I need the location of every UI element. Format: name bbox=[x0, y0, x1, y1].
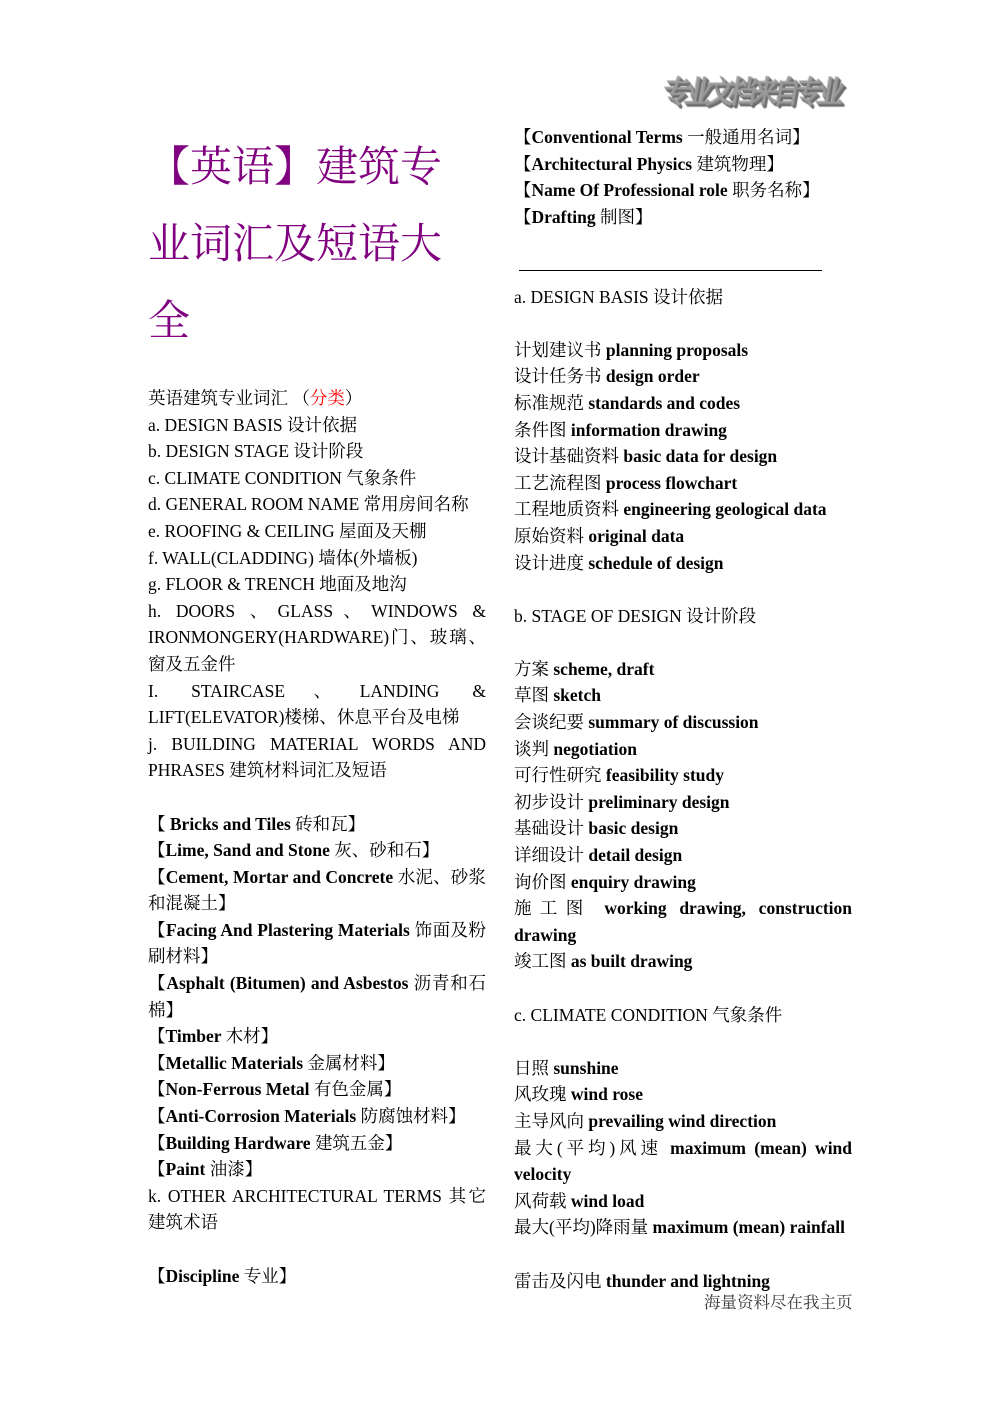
cjk-text: 初步设计 bbox=[514, 792, 584, 812]
wordart-watermark: 专业文档来自专业 bbox=[660, 68, 858, 112]
latin-text: Paint bbox=[166, 1159, 210, 1179]
cjk-text: 砖和瓦】 bbox=[295, 814, 365, 834]
latin-text: summary of discussion bbox=[584, 712, 759, 732]
latin-text: basic data for design bbox=[619, 446, 777, 466]
latin-text: as built drawing bbox=[567, 951, 693, 971]
text-line: 方案 scheme, draft bbox=[514, 656, 852, 683]
cjk-text: 【 bbox=[514, 180, 532, 200]
cjk-text: 制图】 bbox=[600, 207, 653, 227]
latin-text: sunshine bbox=[549, 1058, 619, 1078]
cjk-text: 【 bbox=[514, 127, 532, 147]
text-line bbox=[148, 1236, 486, 1263]
cjk-text: 设计进度 bbox=[514, 553, 584, 573]
cjk-text: 建筑五金】 bbox=[315, 1133, 403, 1153]
cjk-text: 条件图 bbox=[514, 420, 567, 440]
text-line: 计划建议书 planning proposals bbox=[514, 337, 852, 364]
cjk-text: 施工图 bbox=[514, 898, 592, 918]
cjk-text: 【 bbox=[148, 1106, 166, 1126]
cjk-text: 降雨量 bbox=[596, 1217, 649, 1237]
latin-text: negotiation bbox=[549, 739, 637, 759]
latin-text: design order bbox=[602, 366, 700, 386]
text-line: 询价图 enquiry drawing bbox=[514, 869, 852, 896]
cjk-text: 金属材料】 bbox=[307, 1053, 395, 1073]
latin-text: Asphalt (Bitumen) and Asbestos bbox=[166, 973, 413, 993]
text-line bbox=[514, 1028, 852, 1055]
cjk-text: 防腐蚀材料】 bbox=[361, 1106, 466, 1126]
latin-text: Drafting bbox=[532, 207, 601, 227]
cjk-text: 平均 bbox=[563, 1138, 610, 1158]
right-column: 【Conventional Terms 一般通用名词】【Architectura… bbox=[514, 124, 852, 1294]
latin-text: Name Of Professional role bbox=[532, 180, 733, 200]
cjk-text: 【 bbox=[514, 154, 532, 174]
cjk-text: 主导风向 bbox=[514, 1111, 584, 1131]
document-page: { "watermark": { "text": "专业文档来自专业" }, "… bbox=[0, 0, 993, 1404]
text-line: 设计进度 schedule of design bbox=[514, 550, 852, 577]
text-line: e. ROOFING & CEILING 屋面及天棚 bbox=[148, 518, 486, 545]
text-line bbox=[514, 257, 852, 284]
cjk-text: 灰、砂和石】 bbox=[334, 840, 439, 860]
cjk-text: 【 bbox=[148, 1159, 166, 1179]
cjk-text: 设计基础资料 bbox=[514, 446, 619, 466]
text-line: 原始资料 original data bbox=[514, 523, 852, 550]
text-line: 谈判 negotiation bbox=[514, 736, 852, 763]
latin-text: Conventional Terms bbox=[532, 127, 688, 147]
cjk-text: 【 bbox=[148, 1079, 166, 1099]
cjk-text: 竣工图 bbox=[514, 951, 567, 971]
latin-text: Architectural Physics bbox=[532, 154, 697, 174]
plain-text: ） bbox=[345, 388, 363, 408]
latin-text: basic design bbox=[584, 818, 678, 838]
text-line: 基础设计 basic design bbox=[514, 815, 852, 842]
plain-text: 英语建筑专业词汇 （ bbox=[148, 388, 310, 408]
latin-text: Anti-Corrosion Materials bbox=[166, 1106, 361, 1126]
text-line: 最大(平均)降雨量 maximum (mean) rainfall bbox=[514, 1214, 852, 1241]
left-column-text: 英语建筑专业词汇 （分类）a. DESIGN BASIS 设计依据b. DESI… bbox=[148, 385, 486, 1289]
latin-text: wind rose bbox=[567, 1084, 644, 1104]
cjk-text: 有色金属】 bbox=[314, 1079, 402, 1099]
text-line: 日照 sunshine bbox=[514, 1055, 852, 1082]
text-line: 【Asphalt (Bitumen) and Asbestos 沥青和石棉】 bbox=[148, 970, 486, 1023]
cjk-text: 【 bbox=[148, 814, 166, 834]
cjk-text: 可行性研究 bbox=[514, 765, 602, 785]
cjk-text: 基础设计 bbox=[514, 818, 584, 838]
highlighted-text: 分类 bbox=[310, 388, 345, 408]
latin-text: thunder and lightning bbox=[602, 1271, 770, 1291]
text-line: 【Drafting 制图】 bbox=[514, 204, 852, 231]
cjk-text: 工程地质资料 bbox=[514, 499, 619, 519]
latin-text: wind load bbox=[567, 1191, 645, 1211]
text-line: b. DESIGN STAGE 设计阶段 bbox=[148, 438, 486, 465]
latin-text: Cement, Mortar and Concrete bbox=[166, 867, 398, 887]
latin-text: Metallic Materials bbox=[166, 1053, 308, 1073]
cjk-text: 木材】 bbox=[226, 1026, 279, 1046]
latin-text: enquiry drawing bbox=[567, 872, 696, 892]
cjk-text: 风荷载 bbox=[514, 1191, 567, 1211]
text-line: c. CLIMATE CONDITION 气象条件 bbox=[514, 1002, 852, 1029]
latin-text: Non-Ferrous Metal bbox=[166, 1079, 314, 1099]
text-line: 【Building Hardware 建筑五金】 bbox=[148, 1130, 486, 1157]
latin-text: sketch bbox=[549, 685, 601, 705]
cjk-text: 一般通用名词】 bbox=[687, 127, 810, 147]
text-line: 【Paint 油漆】 bbox=[148, 1156, 486, 1183]
cjk-text: 职务名称】 bbox=[732, 180, 820, 200]
cjk-text: 计划建议书 bbox=[514, 340, 602, 360]
latin-text: maximum (mean) rainfall bbox=[648, 1217, 845, 1237]
cjk-text: 询价图 bbox=[514, 872, 567, 892]
cjk-text: 【 bbox=[148, 840, 166, 860]
latin-text: scheme, draft bbox=[549, 659, 654, 679]
cjk-text: 谈判 bbox=[514, 739, 549, 759]
text-line: 会谈纪要 summary of discussion bbox=[514, 709, 852, 736]
latin-text: prevailing wind direction bbox=[584, 1111, 776, 1131]
text-line: 【Facing And Plastering Materials 饰面及粉刷材料… bbox=[148, 917, 486, 970]
text-line: j. BUILDING MATERIAL WORDS AND PHRASES 建… bbox=[148, 731, 486, 784]
cjk-text: 平均 bbox=[555, 1217, 590, 1237]
cjk-text: 设计任务书 bbox=[514, 366, 602, 386]
text-line bbox=[514, 975, 852, 1002]
text-line: 初步设计 preliminary design bbox=[514, 789, 852, 816]
text-line: 【Architectural Physics 建筑物理】 bbox=[514, 151, 852, 178]
cjk-text: 【 bbox=[148, 1053, 166, 1073]
text-line bbox=[514, 576, 852, 603]
latin-text: detail design bbox=[584, 845, 682, 865]
text-line: 【Non-Ferrous Metal 有色金属】 bbox=[148, 1076, 486, 1103]
cjk-text: 建筑物理】 bbox=[696, 154, 784, 174]
cjk-text: 最大 bbox=[514, 1217, 549, 1237]
cjk-text: 风玫瑰 bbox=[514, 1084, 567, 1104]
text-line: 雷击及闪电 thunder and lightning bbox=[514, 1268, 852, 1295]
latin-text: preliminary design bbox=[584, 792, 730, 812]
text-line: 【 Bricks and Tiles 砖和瓦】 bbox=[148, 811, 486, 838]
cjk-text: 会谈纪要 bbox=[514, 712, 584, 732]
text-line: 竣工图 as built drawing bbox=[514, 948, 852, 975]
cjk-text: 【 bbox=[148, 867, 166, 887]
latin-text: original data bbox=[584, 526, 684, 546]
left-column: 【英语】建筑专业词汇及短语大全 英语建筑专业词汇 （分类）a. DESIGN B… bbox=[148, 130, 486, 1289]
text-line: 英语建筑专业词汇 （分类） bbox=[148, 385, 486, 412]
text-line: h. DOORS 、GLASS、WINDOWS & IRONMONGERY(HA… bbox=[148, 598, 486, 678]
latin-text: Discipline bbox=[166, 1266, 244, 1286]
text-line: 标准规范 standards and codes bbox=[514, 390, 852, 417]
text-line: b. STAGE OF DESIGN 设计阶段 bbox=[514, 603, 852, 630]
latin-text: Bricks and Tiles bbox=[166, 814, 296, 834]
cjk-text: 工艺流程图 bbox=[514, 473, 602, 493]
cjk-text: 【 bbox=[148, 920, 166, 940]
text-line bbox=[148, 784, 486, 811]
latin-text: standards and codes bbox=[584, 393, 740, 413]
cjk-text: 雷击及闪电 bbox=[514, 1271, 602, 1291]
cjk-text: 【 bbox=[514, 207, 532, 227]
text-line bbox=[514, 230, 852, 257]
latin-text: feasibility study bbox=[602, 765, 725, 785]
text-line: 条件图 information drawing bbox=[514, 417, 852, 444]
text-line: 工艺流程图 process flowchart bbox=[514, 470, 852, 497]
text-line: 【Discipline 专业】 bbox=[148, 1263, 486, 1290]
text-line: k. OTHER ARCHITECTURAL TERMS 其它建筑术语 bbox=[148, 1183, 486, 1236]
latin-text: information drawing bbox=[567, 420, 727, 440]
text-line bbox=[514, 310, 852, 337]
cjk-text: 草图 bbox=[514, 685, 549, 705]
text-line: 主导风向 prevailing wind direction bbox=[514, 1108, 852, 1135]
text-line: a. DESIGN BASIS 设计依据 bbox=[148, 412, 486, 439]
text-line: f. WALL(CLADDING) 墙体(外墙板) bbox=[148, 545, 486, 572]
title-line: 业词汇及短语大 bbox=[148, 207, 486, 284]
text-line: 【Metallic Materials 金属材料】 bbox=[148, 1050, 486, 1077]
cjk-text: 标准规范 bbox=[514, 393, 584, 413]
cjk-text: 详细设计 bbox=[514, 845, 584, 865]
title-line: 全 bbox=[148, 284, 486, 361]
text-line: 【Conventional Terms 一般通用名词】 bbox=[514, 124, 852, 151]
text-line: 【Anti-Corrosion Materials 防腐蚀材料】 bbox=[148, 1103, 486, 1130]
text-line: d. GENERAL ROOM NAME 常用房间名称 bbox=[148, 491, 486, 518]
cjk-text: 【 bbox=[148, 973, 166, 993]
text-line: 施工图 working drawing, construction drawin… bbox=[514, 895, 852, 948]
latin-text: Timber bbox=[166, 1026, 226, 1046]
latin-text: Lime, Sand and Stone bbox=[166, 840, 335, 860]
text-line: 工程地质资料 engineering geological data bbox=[514, 496, 852, 523]
cjk-text: 风速 bbox=[615, 1138, 662, 1158]
text-line: a. DESIGN BASIS 设计依据 bbox=[514, 284, 852, 311]
footer-note: 海量资料尽在我主页 bbox=[704, 1292, 853, 1314]
latin-text: engineering geological data bbox=[619, 499, 827, 519]
cjk-text: 原始资料 bbox=[514, 526, 584, 546]
text-line: 设计基础资料 basic data for design bbox=[514, 443, 852, 470]
text-line: 草图 sketch bbox=[514, 682, 852, 709]
text-line: 设计任务书 design order bbox=[514, 363, 852, 390]
text-line: 详细设计 detail design bbox=[514, 842, 852, 869]
text-line: 【Lime, Sand and Stone 灰、砂和石】 bbox=[148, 837, 486, 864]
cjk-text: 方案 bbox=[514, 659, 549, 679]
latin-text: planning proposals bbox=[602, 340, 749, 360]
cjk-text: 【 bbox=[148, 1133, 166, 1153]
cjk-text: 专业】 bbox=[244, 1266, 297, 1286]
document-title: 【英语】建筑专业词汇及短语大全 bbox=[148, 130, 486, 361]
text-line: g. FLOOR & TRENCH 地面及地沟 bbox=[148, 571, 486, 598]
cjk-text: 【 bbox=[148, 1266, 166, 1286]
text-line: 最大(平均)风速 maximum (mean) wind velocity bbox=[514, 1135, 852, 1188]
latin-text: Facing And Plastering Materials bbox=[166, 920, 415, 940]
text-line: 风荷载 wind load bbox=[514, 1188, 852, 1215]
text-line: 风玫瑰 wind rose bbox=[514, 1081, 852, 1108]
text-line bbox=[514, 1241, 852, 1268]
text-line: 【Name Of Professional role 职务名称】 bbox=[514, 177, 852, 204]
text-line: 可行性研究 feasibility study bbox=[514, 762, 852, 789]
text-line: 【Cement, Mortar and Concrete 水泥、砂浆和混凝土】 bbox=[148, 864, 486, 917]
latin-text: Building Hardware bbox=[166, 1133, 315, 1153]
cjk-text: 油漆】 bbox=[210, 1159, 263, 1179]
cjk-text: 【 bbox=[148, 1026, 166, 1046]
text-line: c. CLIMATE CONDITION 气象条件 bbox=[148, 465, 486, 492]
title-line: 【英语】建筑专 bbox=[148, 130, 486, 207]
text-line bbox=[514, 629, 852, 656]
latin-text: schedule of design bbox=[584, 553, 724, 573]
text-line: I. STAIRCASE、LANDING & LIFT(ELEVATOR)楼梯、… bbox=[148, 678, 486, 731]
latin-text: process flowchart bbox=[602, 473, 738, 493]
text-line: 【Timber 木材】 bbox=[148, 1023, 486, 1050]
cjk-text: 日照 bbox=[514, 1058, 549, 1078]
cjk-text: 最大 bbox=[514, 1138, 557, 1158]
